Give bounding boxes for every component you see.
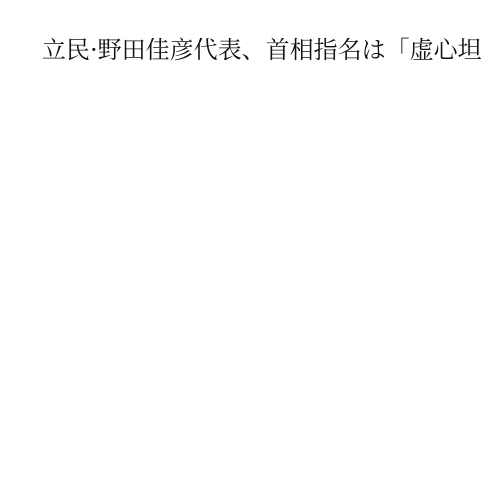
article-headline: 立民·野田佳彦代表、首相指名は「虚心坦 xyxy=(42,33,482,67)
article-page: 立民·野田佳彦代表、首相指名は「虚心坦 xyxy=(0,0,500,500)
